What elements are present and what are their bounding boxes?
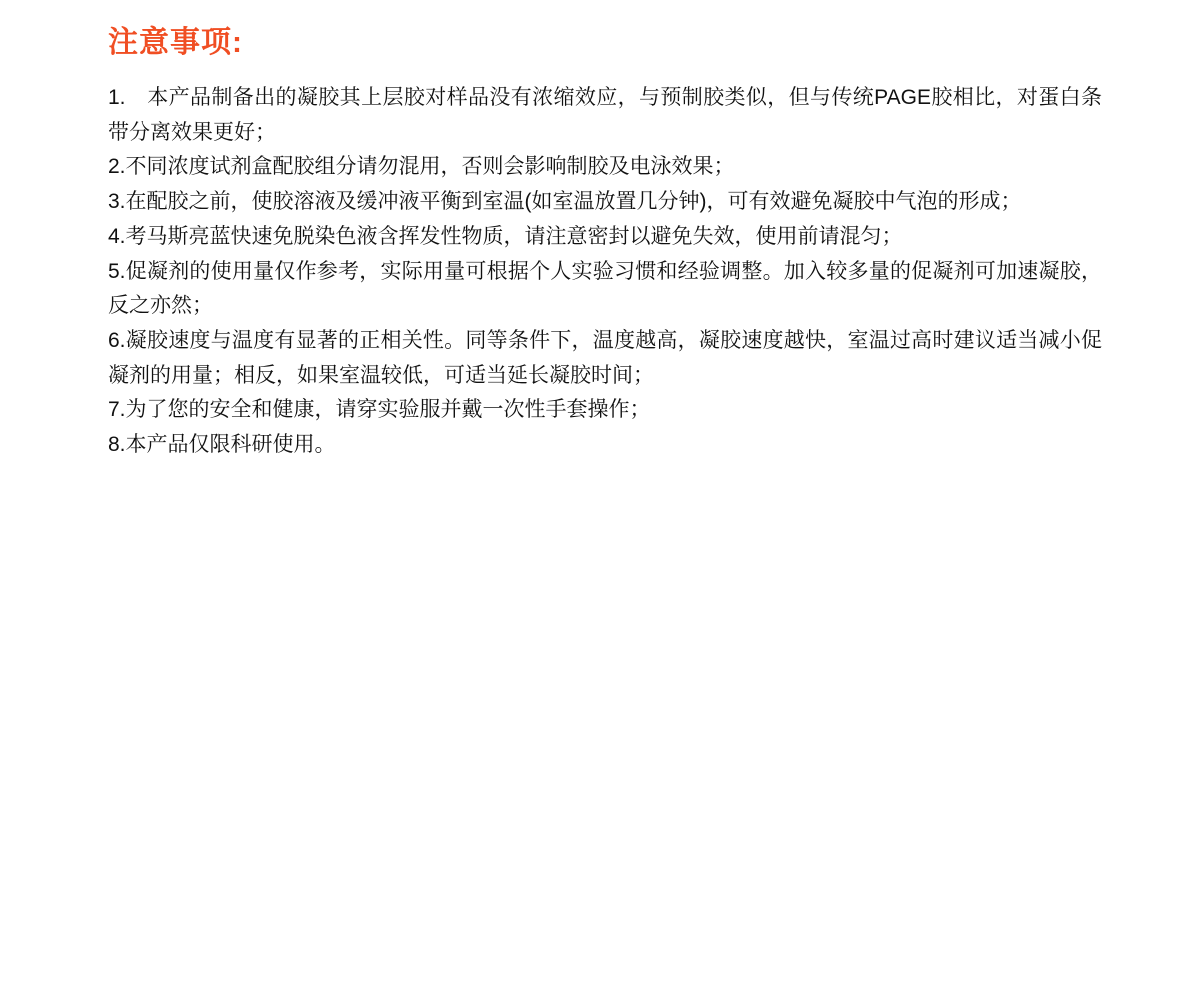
notes-section: 注意事项: 1. 本产品制备出的凝胶其上层胶对样品没有浓缩效应，与预制胶类似，但… bbox=[108, 26, 1102, 463]
note-item-6: 6.凝胶速度与温度有显著的正相关性。同等条件下，温度越高，凝胶速度越快，室温过高… bbox=[108, 324, 1102, 393]
note-item-3: 3.在配胶之前，使胶溶液及缓冲液平衡到室温(如室温放置几分钟)，可有效避免凝胶中… bbox=[108, 185, 1102, 220]
section-title: 注意事项: bbox=[108, 26, 1102, 59]
note-item-4: 4.考马斯亮蓝快速免脱染色液含挥发性物质，请注意密封以避免失效，使用前请混匀； bbox=[108, 220, 1102, 255]
note-item-5: 5.促凝剂的使用量仅作参考，实际用量可根据个人实验习惯和经验调整。加入较多量的促… bbox=[108, 255, 1102, 324]
manual-page: 注意事项: 1. 本产品制备出的凝胶其上层胶对样品没有浓缩效应，与预制胶类似，但… bbox=[0, 0, 1200, 1002]
note-item-1: 1. 本产品制备出的凝胶其上层胶对样品没有浓缩效应，与预制胶类似，但与传统PAG… bbox=[108, 81, 1102, 150]
note-item-2: 2.不同浓度试剂盒配胶组分请勿混用，否则会影响制胶及电泳效果； bbox=[108, 150, 1102, 185]
note-item-7: 7.为了您的安全和健康，请穿实验服并戴一次性手套操作； bbox=[108, 393, 1102, 428]
notes-list: 1. 本产品制备出的凝胶其上层胶对样品没有浓缩效应，与预制胶类似，但与传统PAG… bbox=[108, 81, 1102, 463]
note-item-8: 8.本产品仅限科研使用。 bbox=[108, 428, 1102, 463]
